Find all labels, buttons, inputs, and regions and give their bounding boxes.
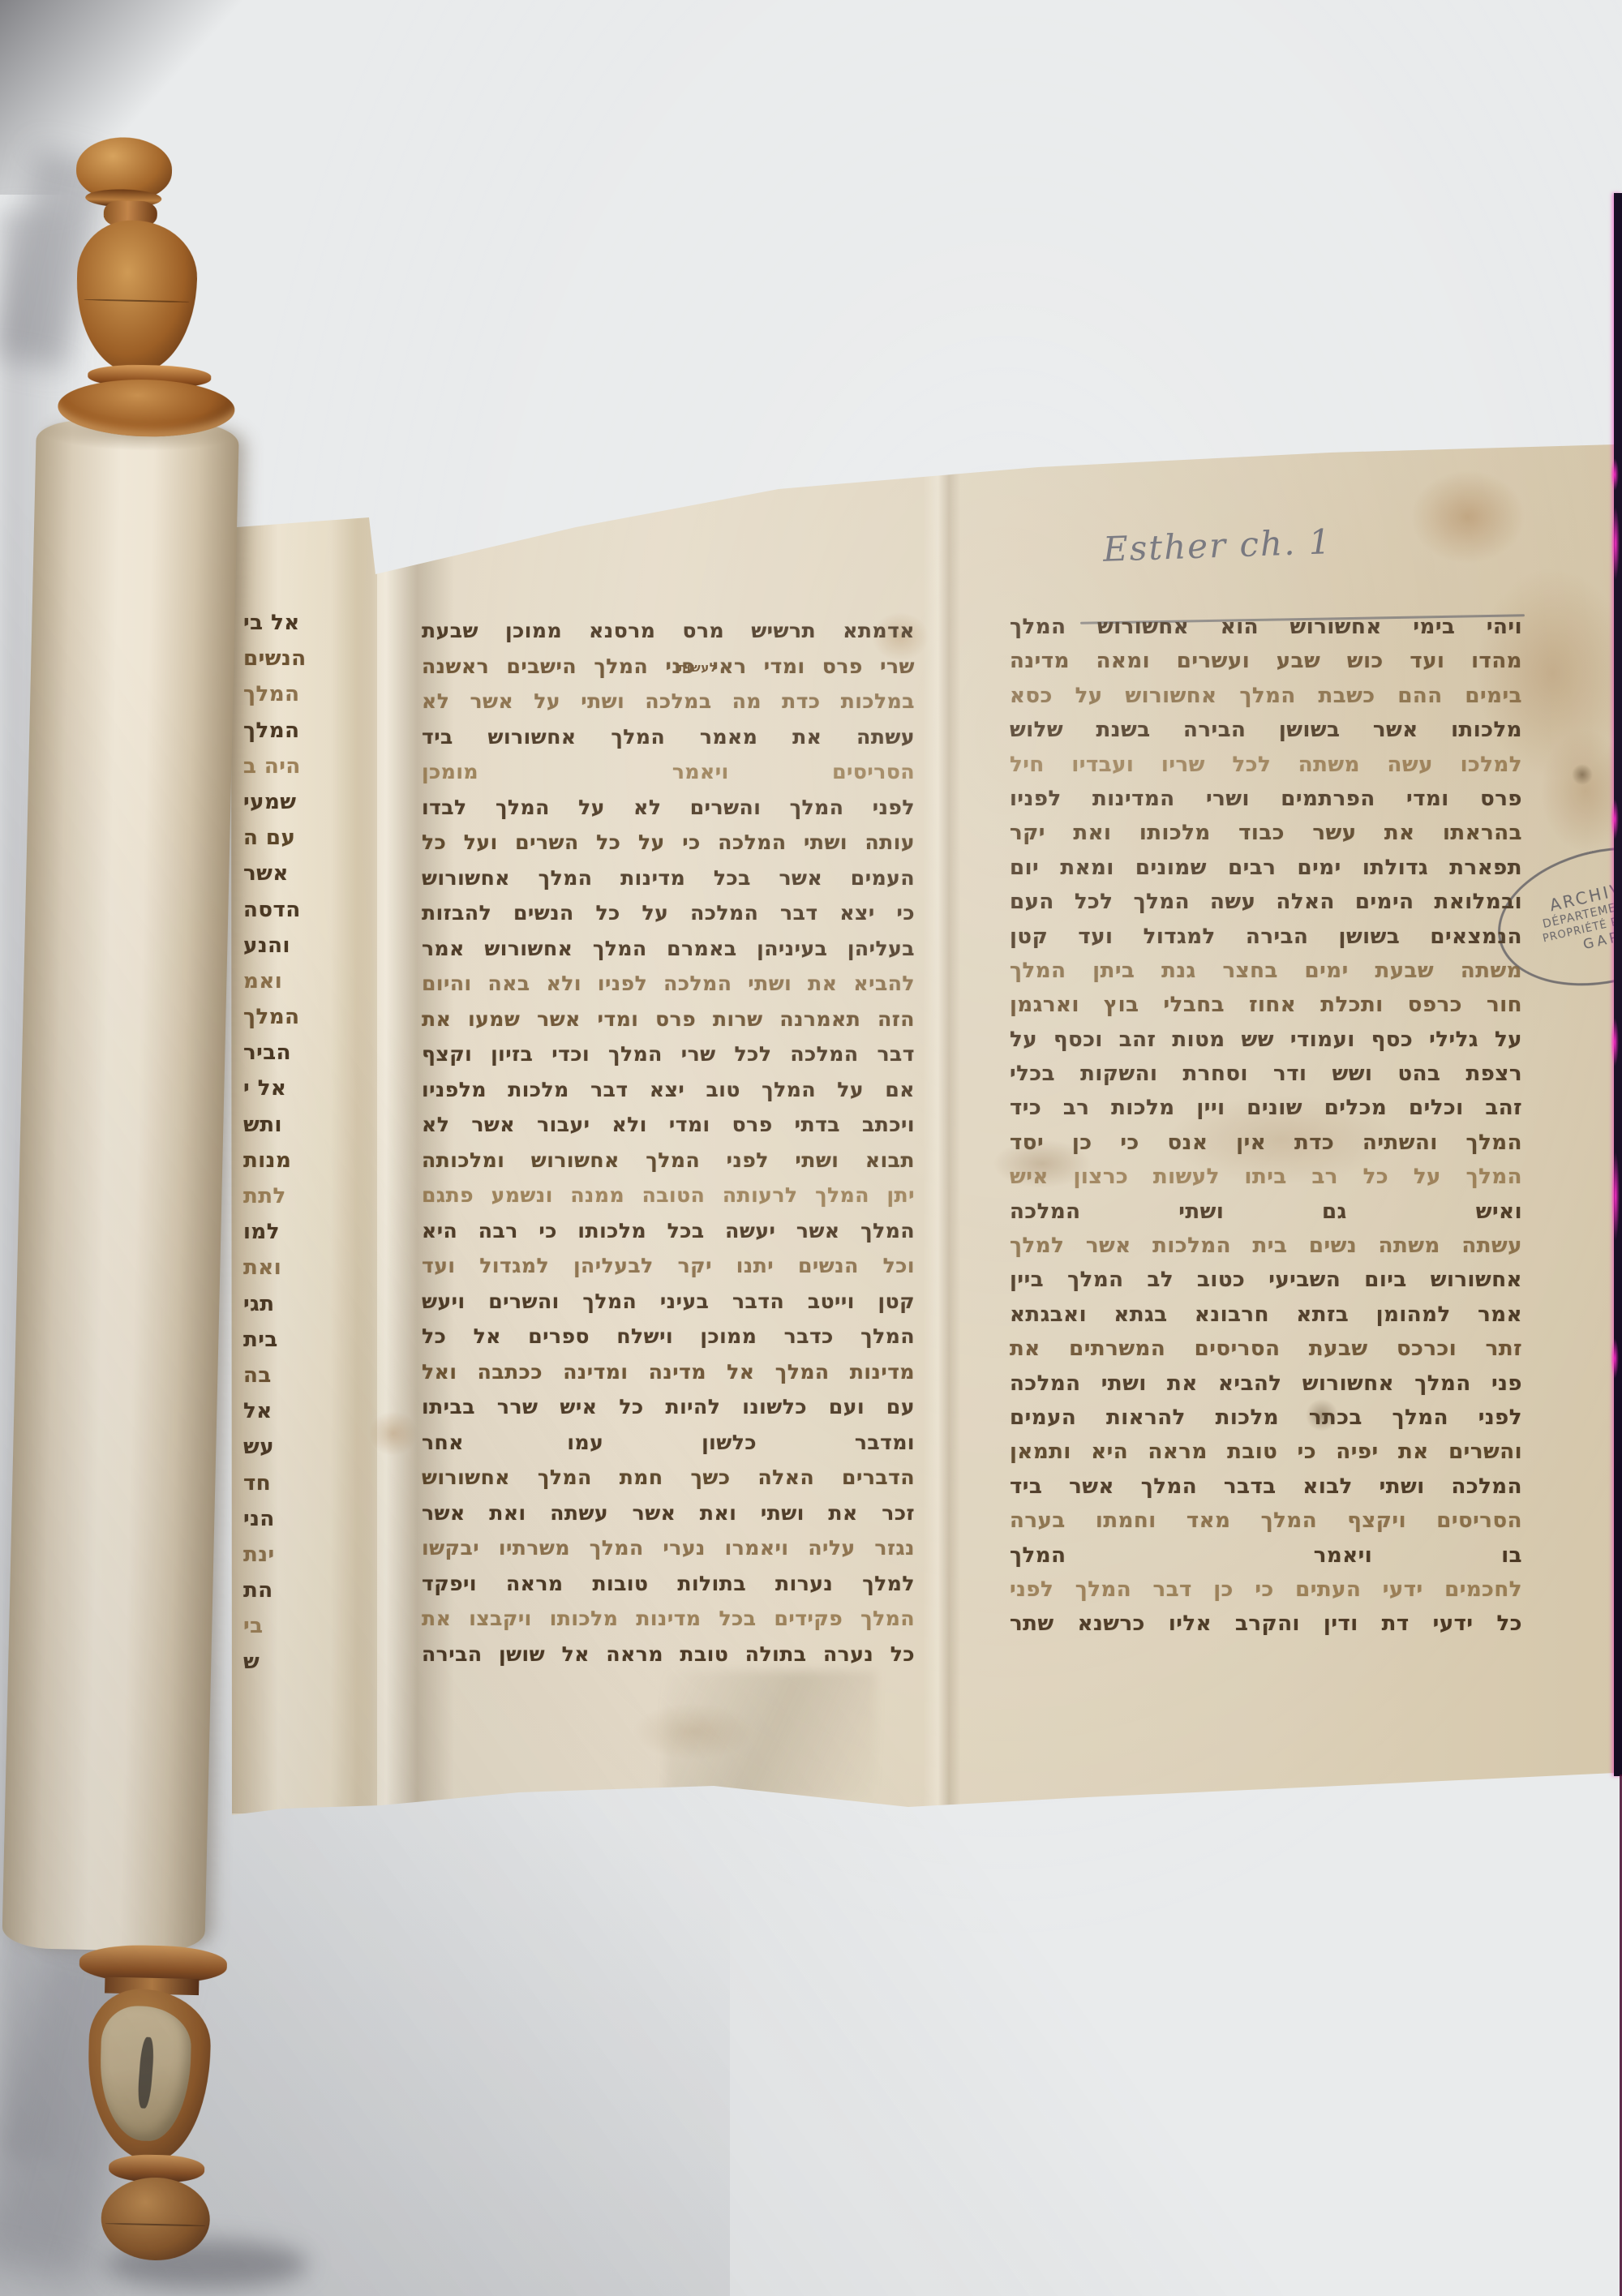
hebrew-text-line: מהדו ועד כוש שבע ועשרים ומאה מדינה xyxy=(1010,644,1522,678)
hebrew-text-line: הסריסים ויקצף המלך מאד וחמתו בערה xyxy=(1010,1504,1522,1538)
hebrew-text-line: ויהי בימי אחשורוש הוא אחשורוש המלך xyxy=(1010,610,1522,644)
hebrew-text-line: הנמצאים בשושן הבירה למגדול ועד קטן xyxy=(1010,920,1522,954)
hebrew-text-line: להביא את ושתי המלכה לפניו ולא באה והיום xyxy=(422,966,915,1002)
hebrew-text-line: על גלילי כסף ועמודי שש מטות זהב וכסף על xyxy=(1010,1023,1522,1057)
hebrew-text-line: המלך פקידים בכל מדינות מלכותו ויקבצו את xyxy=(422,1601,915,1637)
text-column-middle: אדמתא תרשיש מרס מרסנא ממוכן שבעתשרי פרס … xyxy=(422,613,915,1672)
scroll-photograph: Esther ch. 1 ARCHIVES DÉPARTEMENTALES PR… xyxy=(0,0,1622,2296)
bottom-handle-grip xyxy=(86,1988,212,2162)
hebrew-text-line: קטן וייטב הדבר בעיני המלך והשרים ויעש xyxy=(422,1284,915,1320)
hebrew-text-line: המלך על כל רב ביתו לעשות כרצון איש xyxy=(1010,1160,1522,1194)
magenta-fringe xyxy=(1611,1018,1619,1066)
hebrew-text-line: הדברים האלה כשך חמת המלך אחשורוש xyxy=(422,1460,915,1496)
pencil-annotation: Esther ch. 1 xyxy=(1102,521,1332,569)
hebrew-text-line: זכר את ושתי ואת אשר עשתה ואת אשר xyxy=(422,1496,915,1531)
hebrew-text-line: לפני המלך בכתר מלכות להראות העמים xyxy=(1010,1401,1522,1435)
hebrew-text-line: ואיש גם ושתי המלכה xyxy=(1010,1195,1522,1229)
magenta-fringe xyxy=(1611,799,1619,839)
hebrew-text-line: דבר המלכה לכל שרי המלך וכדי בזיון וקצף xyxy=(422,1036,915,1072)
magenta-fringe xyxy=(1611,1152,1620,1241)
hebrew-text-line: עם ועם כלשונו להיות כל איש שרר בביתו xyxy=(422,1389,915,1425)
hebrew-text-line: כי יצא דבר המלכה על כל הנשים להבזות xyxy=(422,895,915,931)
hebrew-text-line: המלכה ושתי לבוא בדבר המלך אשר ביד xyxy=(1010,1470,1522,1504)
hebrew-text-line: אם על המלך טוב יצא דבר מלכות מלפניו xyxy=(422,1072,915,1108)
hebrew-text-line: מלכותו אשר בשושן הבירה בשנת שלוש xyxy=(1010,713,1522,747)
top-finial-baluster xyxy=(75,219,198,374)
hebrew-text-line: חור כרפס ותכלת אחוז בחבלי בוץ וארגמן xyxy=(1010,988,1522,1022)
hebrew-text-line: כל ידעי דת ודין והקרב אליו כרשנא שתר xyxy=(1010,1607,1522,1641)
hebrew-text-line: כל נערה בתולה טובת מראה אל שושן הבירה xyxy=(422,1637,915,1672)
magenta-fringe xyxy=(1611,507,1620,580)
hebrew-text-line: בעליהן בעיניהן באמרם המלך אחשורוש אמר xyxy=(422,931,915,967)
hebrew-text-line: למלך נערות בתולות טובות מראה ויפקד xyxy=(422,1566,915,1602)
hebrew-text-line: פני המלך אחשורוש להביא את ושתי המלכה xyxy=(1010,1367,1522,1401)
hebrew-text-line: בימים ההם כשבת המלך אחשורוש על כסא xyxy=(1010,679,1522,713)
stain xyxy=(1541,730,1622,852)
hebrew-text-line: ומדבר כלשון עמו אחר xyxy=(422,1425,915,1461)
hebrew-text-line: יתן המלך לרעותה הטובה ממנה ונשמע פתגם xyxy=(422,1178,915,1213)
hebrew-text-line: במלכות כדת מה במלכה ושתי על אשר לא xyxy=(422,684,915,719)
hebrew-text-line: עותה ושתי המלכה כי על כל השרים ועל כל xyxy=(422,825,915,860)
scan-edge-strip xyxy=(1614,193,1622,1776)
hebrew-text-line: עשתה משתה נשים בית המלכות אשר למלך xyxy=(1010,1229,1522,1263)
magenta-fringe xyxy=(1611,1338,1619,1379)
scribal-correction: לעשות xyxy=(678,660,717,675)
hebrew-text-line: לחכמים ידעי העתים כי כן דבר המלך לפני xyxy=(1010,1573,1522,1607)
hebrew-text-line: רצפת בהט ושש ודר וסחרת והשקות בכלי xyxy=(1010,1057,1522,1091)
text-column-right: ויהי בימי אחשורוש הוא אחשורוש המלךמהדו ו… xyxy=(1010,610,1522,1642)
hebrew-text-line: בהראתו את עשר כבוד מלכותו ואת יקר xyxy=(1010,816,1522,850)
hebrew-text-line: עשתה את מאמר המלך אחשורוש ביד xyxy=(422,719,915,755)
hebrew-text-line: זתר וכרכס שבעת הסריסים המשרתים את xyxy=(1010,1332,1522,1366)
hebrew-text-line: תבוא ושתי לפני המלך אחשורוש ומלכותה xyxy=(422,1143,915,1178)
bottom-handle-ball-knob xyxy=(101,2176,211,2261)
hebrew-text-line: שרי פרס ומדי ראי פני המלך הישבים ראשנה xyxy=(422,649,915,685)
magenta-fringe xyxy=(1611,458,1619,491)
hebrew-text-line: משתה שבעת ימים בחצר גנת ביתן המלך xyxy=(1010,954,1522,988)
membrane-seam-middle xyxy=(923,454,960,1809)
hebrew-text-line: פרס ומדי הפרתמים ושרי המדינות לפניו xyxy=(1010,782,1522,816)
hebrew-text-line: ובמלואת הימים האלה עשה המלך לכל העם xyxy=(1010,885,1522,919)
hebrew-text-line: הסריסים ויאמר מומכן xyxy=(422,754,915,790)
hebrew-text-line: תפארת גדולתו ימים רבים שמונים ומאת יום xyxy=(1010,851,1522,885)
hebrew-text-line: לפני המלך והשרים לא על המלך לבדו xyxy=(422,790,915,826)
hebrew-text-line: אמר למהומן בזתא חרבונא בגתא ואבגתא xyxy=(1010,1298,1522,1332)
hebrew-text-line: העמים אשר בכל מדינות המלך אחשורוש xyxy=(422,860,915,896)
hebrew-text-line: המלך אשר יעשה בכל מלכותו כי רבה היא xyxy=(422,1213,915,1249)
hebrew-text-line: אחשורוש ביום השביעי כטוב לב המלך ביין xyxy=(1010,1263,1522,1297)
hebrew-text-line: מדינות המלך אל מדינה ומדינה ככתבה ואל xyxy=(422,1354,915,1390)
stain xyxy=(1572,764,1593,785)
hebrew-text-line: אדמתא תרשיש מרס מרסנא ממוכן שבעת xyxy=(422,613,915,649)
hebrew-text-line: זהב וכלים מכלים שונים ויין מלכות רב כיד xyxy=(1010,1091,1522,1125)
fold-shadow xyxy=(665,1671,876,1800)
hebrew-text-line: וכל הנשים יתנו יקר לבעליהן למגדול ועד xyxy=(422,1248,915,1284)
hebrew-text-line: המלך כדבר ממוכן וישלח ספרים אל כל xyxy=(422,1319,915,1354)
hebrew-text-line: המלך והשתיה כדת אין אנס כי כן יסד xyxy=(1010,1126,1522,1160)
wooden-roller xyxy=(0,0,330,2296)
sheet-top-edge xyxy=(373,444,1614,566)
rolled-parchment-cylinder xyxy=(2,419,239,1952)
hebrew-text-line: נגזר עליה ויאמרו נערי המלך משרתיו יבקשו xyxy=(422,1530,915,1566)
hebrew-text-line: בו ויאמר המלך xyxy=(1010,1539,1522,1573)
hebrew-text-line: ויכתב בדתי פרס ומדי ולא יעבור אשר לא xyxy=(422,1107,915,1143)
hebrew-text-line: הזה תאמרנה שרות פרס ומדי אשר שמעו את xyxy=(422,1002,915,1037)
hebrew-text-line: למלכו עשה משתה לכל שריו ועבדיו חיל xyxy=(1010,748,1522,782)
hebrew-text-line: והשרים את יפיה כי טובת מראה היא ותמאן xyxy=(1010,1435,1522,1469)
